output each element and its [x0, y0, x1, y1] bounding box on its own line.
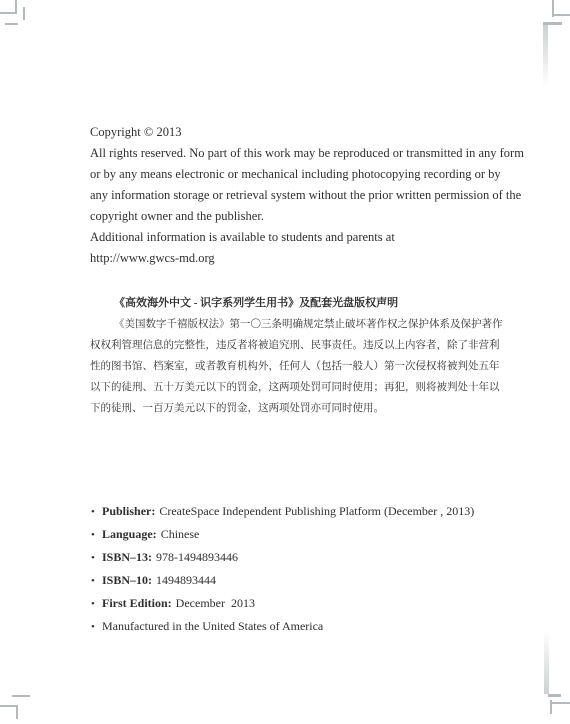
- chinese-notice-heading: 《高效海外中文 - 识字系列学生用书》及配套光盘版权声明: [90, 293, 486, 314]
- bullet-icon: •: [91, 547, 102, 570]
- bullet-icon: •: [91, 570, 102, 593]
- scan-edge-shadow: [544, 630, 549, 694]
- detail-value: December 2013: [176, 596, 255, 610]
- rights-paragraph-line: or by any means electronic or mechanical…: [90, 164, 486, 185]
- crop-mark-vertical: [16, 705, 18, 719]
- detail-label: ISBN–13:: [102, 550, 152, 564]
- crop-mark-horizontal: [0, 12, 17, 14]
- book-copyright-page: Copyright © 2013 All rights reserved. No…: [0, 0, 570, 724]
- detail-value: 978-1494893446: [156, 550, 238, 564]
- detail-label: ISBN–10:: [102, 573, 152, 587]
- copyright-year-line: Copyright © 2013: [90, 122, 486, 143]
- crop-mark-horizontal-tick: [5, 23, 18, 25]
- detail-value: CreateSpace Independent Publishing Platf…: [159, 504, 474, 518]
- rights-paragraph-line: copyright owner and the publisher.: [90, 206, 486, 227]
- list-item: •ISBN–10:1494893444: [91, 569, 474, 592]
- detail-value: 1494893444: [156, 573, 216, 587]
- bullet-icon: •: [91, 593, 102, 616]
- chinese-notice-line: 下的徒刑、一百万美元以下的罚金，这两项处罚亦可同时使用。: [90, 398, 486, 419]
- detail-label: Publisher:: [102, 504, 155, 518]
- crop-mark-horizontal: [551, 702, 570, 704]
- bullet-icon: •: [91, 501, 102, 524]
- rights-paragraph-line: All rights reserved. No part of this wor…: [90, 143, 486, 164]
- crop-mark-horizontal-tick: [548, 694, 561, 697]
- crop-mark-horizontal-tick: [12, 695, 30, 697]
- list-item: •Publisher:CreateSpace Independent Publi…: [91, 500, 474, 523]
- chinese-notice-line: 《美国数字千禧版权法》第一〇三条明确规定禁止破坏著作权之保护体系及保护著作: [90, 314, 486, 335]
- publication-details-list: •Publisher:CreateSpace Independent Publi…: [91, 500, 474, 638]
- list-item: •ISBN–13:978-1494893446: [91, 546, 474, 569]
- additional-info-line: Additional information is available to s…: [90, 227, 486, 269]
- list-item: •First Edition:December 2013: [91, 592, 474, 615]
- list-item: •Language:Chinese: [91, 523, 474, 546]
- detail-value: Manufactured in the United States of Ame…: [102, 619, 323, 633]
- detail-label: First Edition:: [102, 596, 172, 610]
- crop-mark-vertical-tick: [23, 7, 25, 20]
- scan-edge-shadow: [543, 25, 548, 87]
- chinese-copyright-notice: 《高效海外中文 - 识字系列学生用书》及配套光盘版权声明 《美国数字千禧版权法》…: [90, 293, 486, 419]
- chinese-notice-line: 权权利管理信息的完整性，违反者将被追究刑、民事责任。违反以上内容者，除了非营利: [90, 335, 486, 356]
- list-item: •Manufactured in the United States of Am…: [91, 615, 474, 638]
- chinese-notice-line: 性的图书馆、档案室，或者教育机构外，任何人（包括一般人）第一次侵权将被判处五年: [90, 356, 486, 377]
- copyright-block: Copyright © 2013 All rights reserved. No…: [90, 122, 486, 269]
- bullet-icon: •: [91, 616, 102, 639]
- detail-label: Language:: [102, 527, 157, 541]
- crop-mark-horizontal: [554, 14, 570, 16]
- chinese-notice-line: 以下的徒刑、五十万美元以下的罚金，这两项处罚可同时使用；再犯，则将被判处十年以: [90, 377, 486, 398]
- rights-paragraph-line: any information storage or retrieval sys…: [90, 185, 486, 206]
- detail-value: Chinese: [161, 527, 200, 541]
- bullet-icon: •: [91, 524, 102, 547]
